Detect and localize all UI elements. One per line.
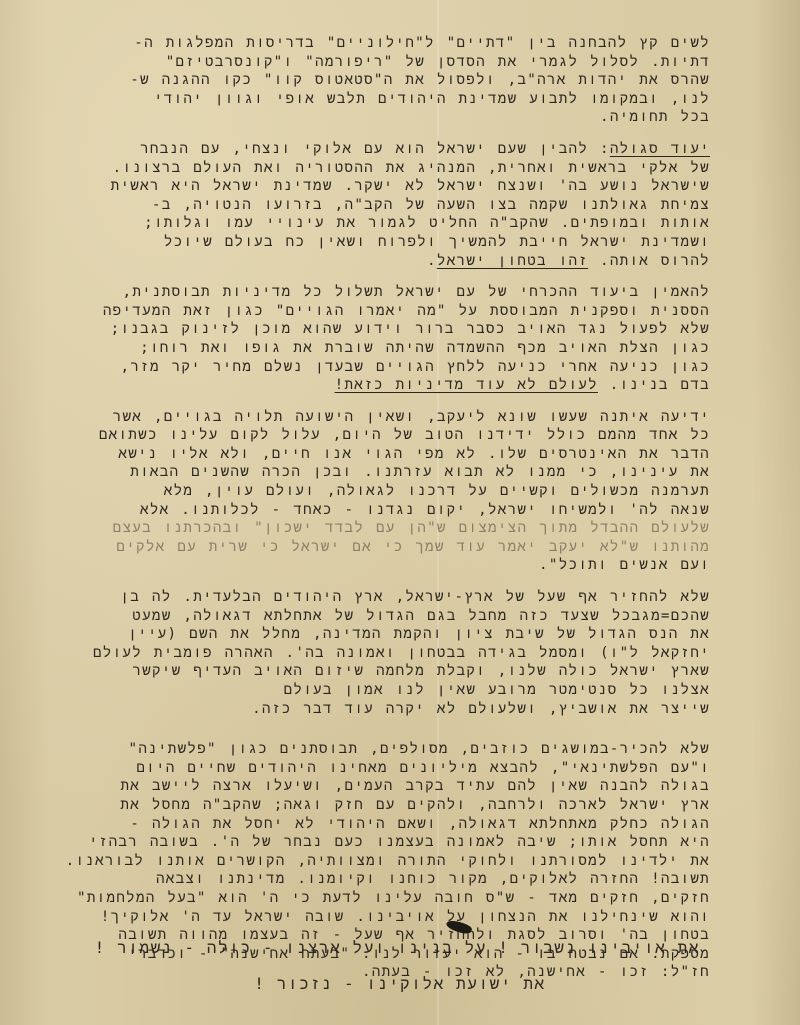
text-fragment: בדם בנינו. — [598, 377, 710, 393]
underlined-slogan: זהו בטחון ישראל — [437, 253, 588, 269]
heading-rest: : להבין שעם ישראל הוא עם אלוקי ונצחי, עם… — [140, 141, 610, 157]
paragraph-policy: להאמין ביעוד ההכרחי של עם ישראל תשלול כל… — [100, 283, 710, 395]
text-line: אותות ובמופתים. שהקב"ה החליט לגמור את עי… — [100, 214, 710, 233]
section-heading: יעוד סגולה — [610, 141, 710, 157]
text-line: ועם אנשים ותוכל". — [100, 556, 710, 575]
text-line: שלא להחזיר אף שעל של ארץ-ישראל, ארץ היהו… — [100, 588, 710, 607]
leaflet-body: לשים קץ להבחנה בין "דתיים" ל"חילוניים" ב… — [100, 34, 710, 995]
text-line: כל אחד מהמם כולל ידידנו הטוב של היום, על… — [100, 426, 710, 445]
text-line: שהכם=מגבכל שצעד כזה מחבל בגם הגדול של את… — [100, 607, 710, 626]
text-line: כגון כניעה אחרי כניעה ללחץ הגויים שבעדן … — [100, 358, 710, 377]
text-line: בדם בנינו. לעולם לא עוד מדיניות כזאת! — [100, 376, 710, 395]
underlined-slogan: לעולם לא עוד מדיניות כזאת! — [335, 377, 598, 393]
text-line: דתיות. לסלול לגמרי את הסדסן של "ריפורמה"… — [100, 53, 710, 72]
text-line: חזקים, חזקים מאד - ש"ס חובה עלינו לדעת כ… — [100, 889, 710, 908]
text-line-faded: שלעולם ההבדל מתוך הצימצום ש"הן עם לבדד י… — [100, 519, 710, 538]
text-line: שישראל נושע בה' ושנצח ישראל לא ישקר. שמד… — [100, 177, 710, 196]
text-line: והוא שינחילנו את הנצחון על אויבינו. שובה… — [100, 908, 710, 927]
closing-slogan: את ישועת אלוקינו - נזכור ! — [100, 966, 700, 1002]
period: . — [427, 253, 437, 269]
text-line: יחזקאל ל"ו) ומסמל בגידה בבטחון ואמונה בה… — [100, 644, 710, 663]
text-line: בגולה להבנה שאין להם עתיד בקרב העמים, וש… — [100, 777, 710, 796]
text-line: שנאה לה' ולמשיחו ישראל, יקום נגדנו - כאח… — [100, 501, 710, 520]
text-line: של אלקי בראשית ואחרית, המנהיג את ההסטורי… — [100, 159, 710, 178]
text-line: את הנס הגדול של שיבת ציון והקמת המדינה, … — [100, 625, 710, 644]
text-line: להרוס אותה. זהו בטחון ישראל. — [100, 252, 710, 271]
closing-slogans: את אויבינו נשבור ! על בנינו ועל ארצנו - … — [100, 930, 700, 1002]
paragraph-knowledge: ידיעה איתנה שעשו שונא ליעקב, ושאין הישוע… — [100, 408, 710, 575]
text-line: הססנית וספקנית המבוססת על "מה יאמרו הגוי… — [100, 302, 710, 321]
text-line: לשים קץ להבחנה בין "דתיים" ל"חילוניים" ב… — [100, 34, 710, 53]
text-line: הדבר את האינטרסים שלו. לא מפי הגוי אנו ח… — [100, 445, 710, 464]
text-line: הגולה כחלק מאתחלתא דגאולה, ושאם היהודי ל… — [100, 815, 710, 834]
paragraph-land: שלא להחזיר אף שעל של ארץ-ישראל, ארץ היהו… — [100, 588, 710, 718]
text-line: שייצר את אושביץ, ושלעולם לא יקרה עוד דבר… — [100, 700, 710, 719]
text-fragment: להרוס אותה. — [588, 253, 710, 269]
text-line: אצלנו כל סנטימטר מרובע שאין לנו אמון בעו… — [100, 681, 710, 700]
text-line: את ילדינו למסורתנו ולחוקי התורה ומצוותיה… — [100, 852, 710, 871]
closing-slogan: את אויבינו נשבור ! על בנינו ועל ארצנו - … — [100, 930, 700, 966]
paragraph-intro: לשים קץ להבחנה בין "דתיים" ל"חילוניים" ב… — [100, 34, 710, 127]
text-line: ושמדינת ישראל חייבת להמשיך ולפרוח ושאין … — [100, 233, 710, 252]
text-line: שלא לפעול נגד האויב כסבר ברור וידוע שהוא… — [100, 320, 710, 339]
text-line: את עינינו, כי ממנו לא תבוא עזרתנו. ובכן … — [100, 463, 710, 482]
text-line: שארץ ישראל כולה שלנו, וקבלת מלחמה שיזום … — [100, 662, 710, 681]
text-line: בכל תחומיה. — [100, 108, 710, 127]
text-line: כגון הצלת האויב מכף ההשמדה שהיתה שוברת א… — [100, 339, 710, 358]
text-line: ו"עם הפלשתינאי", להבצא מיליונים מאחינו ה… — [100, 759, 710, 778]
paragraph-yiud-segula: יעוד סגולה: להבין שעם ישראל הוא עם אלוקי… — [100, 140, 710, 270]
text-line: תשובה! החזרה לאלוקים, מקור כוחנו וקיומנו… — [100, 870, 710, 889]
text-line: שלא להכיר-במושגים כוזבים, מסולפים, תבוסת… — [100, 740, 710, 759]
text-line-faded: מהותנו ש"לא יעקב יאמר עוד שמך כי אם ישרא… — [100, 538, 710, 557]
text-line: יעוד סגולה: להבין שעם ישראל הוא עם אלוקי… — [100, 140, 710, 159]
text-line: שהרס את יהדות ארה"ב, ולפסול את ה"סטאטוס … — [100, 71, 710, 90]
text-line: ידיעה איתנה שעשו שונא ליעקב, ושאין הישוע… — [100, 408, 710, 427]
text-line: להאמין ביעוד ההכרחי של עם ישראל תשלול כל… — [100, 283, 710, 302]
text-line: ארץ ישראל לארכה ולרחבה, ולהקים עם חזק וג… — [100, 796, 710, 815]
text-line: לנו, ובמקומו לתבוע שמדינת היהודים תלבש א… — [100, 90, 710, 109]
text-line: צמיחת גאולתנו שקמה בצו השעה של הקב"ה, בז… — [100, 196, 710, 215]
text-line: היא תחסל אותו; שיבה לאמונה בעצמנו כעם נב… — [100, 833, 710, 852]
text-line: תערמנה מכשולים וקשיים על דרכנו לגאולה, ו… — [100, 482, 710, 501]
